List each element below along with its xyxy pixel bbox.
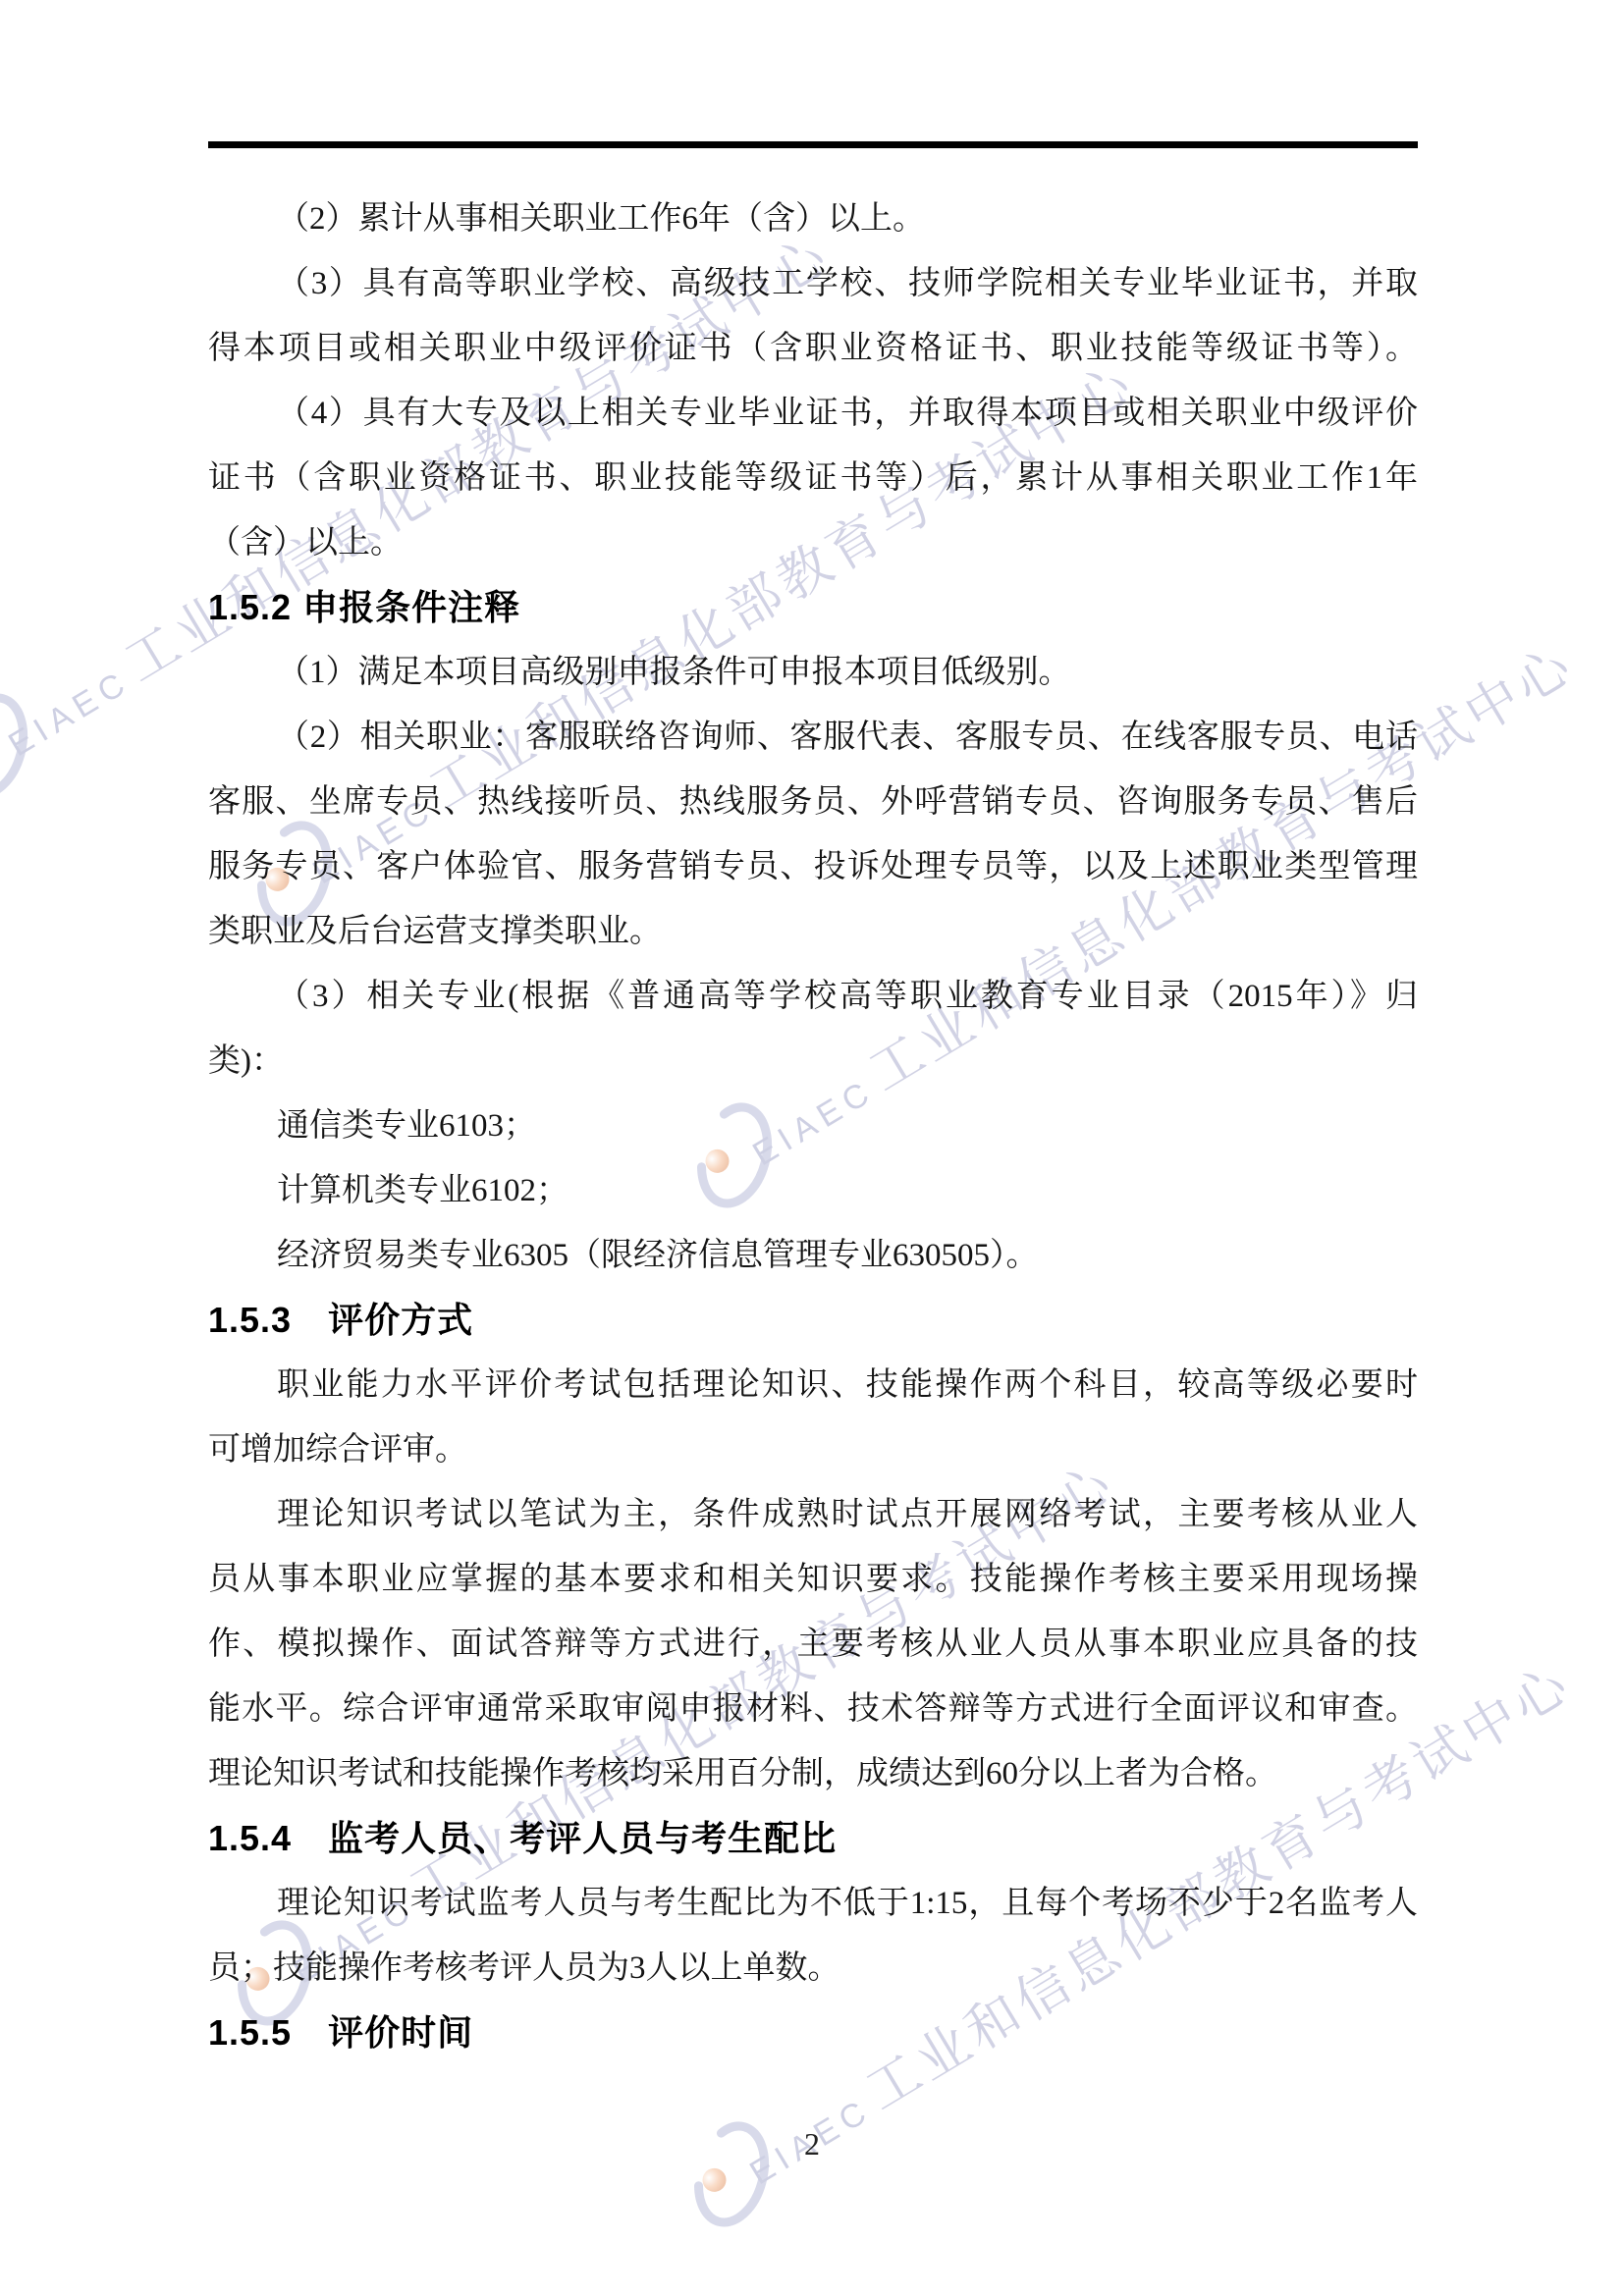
document-page: EIAEC 工业和信息化部教育与考试中心 EIAEC 工业和信息化部教育与考试中…: [0, 0, 1624, 2296]
text-line: （3）具有高等职业学校、高级技工学校、技师学院相关专业毕业证书，并取: [208, 251, 1418, 316]
text-line: （1）满足本项目高级别申报条件可申报本项目低级别。: [208, 640, 1418, 705]
text-line: （2）相关职业：客服联络咨询师、客服代表、客服专员、在线客服专员、电话: [208, 705, 1418, 770]
text-line: （2）累计从事相关职业工作6年（含）以上。: [208, 187, 1418, 251]
text-line: 通信类专业6103；: [208, 1094, 1418, 1158]
ceiaec-logo-icon: [651, 2094, 813, 2256]
text-line: 类职业及后台运营支撑类职业。: [208, 899, 1418, 964]
text-line: 类)：: [208, 1029, 1418, 1094]
text-line: 职业能力水平评价考试包括理论知识、技能操作两个科目，较高等级必要时: [208, 1353, 1418, 1417]
text-line: 作、模拟操作、面试答辩等方式进行，主要考核从业人员从事本职业应具备的技: [208, 1612, 1418, 1677]
page-number: 2: [0, 2126, 1624, 2163]
text-line: 理论知识考试以笔试为主，条件成熟时试点开展网络考试，主要考核从业人: [208, 1482, 1418, 1547]
text-line: 理论知识考试监考人员与考生配比为不低于1:15，且每个考场不少于2名监考人: [208, 1871, 1418, 1936]
watermark-letters: EIAEC: [0, 640, 137, 764]
text-line: 客服、坐席专员、热线接听员、热线服务员、外呼营销专员、咨询服务专员、售后: [208, 770, 1418, 834]
section-heading: 1.5.3 评价方式: [208, 1288, 1418, 1353]
text-line: 员从事本职业应掌握的基本要求和相关知识要求。技能操作考核主要采用现场操: [208, 1547, 1418, 1612]
text-line: 能水平。综合评审通常采取审阅申报材料、技术答辩等方式进行全面评议和审查。: [208, 1677, 1418, 1741]
text-line: （3）相关专业(根据《普通高等学校高等职业教育专业目录（2015年）》归: [208, 964, 1418, 1029]
text-line: 服务专员、客户体验官、服务营销专员、投诉处理专员等，以及上述职业类型管理: [208, 834, 1418, 899]
text-line: 证书（含职业资格证书、职业技能等级证书等）后，累计从事相关职业工作1年: [208, 446, 1418, 510]
ceiaec-logo-icon: [0, 666, 71, 828]
text-line: 得本项目或相关职业中级评价证书（含职业资格证书、职业技能等级证书等）。: [208, 316, 1418, 381]
text-line: 理论知识考试和技能操作考核均采用百分制，成绩达到60分以上者为合格。: [208, 1741, 1418, 1806]
text-line: 计算机类专业6102；: [208, 1158, 1418, 1223]
header-rule: [208, 141, 1418, 148]
section-heading: 1.5.4 监考人员、考评人员与考生配比: [208, 1806, 1418, 1871]
section-heading: 1.5.2 申报条件注释: [208, 575, 1418, 640]
text-line: （4）具有大专及以上相关专业毕业证书，并取得本项目或相关职业中级评价: [208, 381, 1418, 446]
document-body: （2）累计从事相关职业工作6年（含）以上。（3）具有高等职业学校、高级技工学校、…: [208, 187, 1418, 2065]
text-line: 员；技能操作考核考评人员为3人以上单数。: [208, 1936, 1418, 2001]
text-line: 经济贸易类专业6305（限经济信息管理专业630505）。: [208, 1223, 1418, 1288]
section-heading: 1.5.5 评价时间: [208, 2001, 1418, 2065]
text-line: （含）以上。: [208, 510, 1418, 575]
text-line: 可增加综合评审。: [208, 1417, 1418, 1482]
